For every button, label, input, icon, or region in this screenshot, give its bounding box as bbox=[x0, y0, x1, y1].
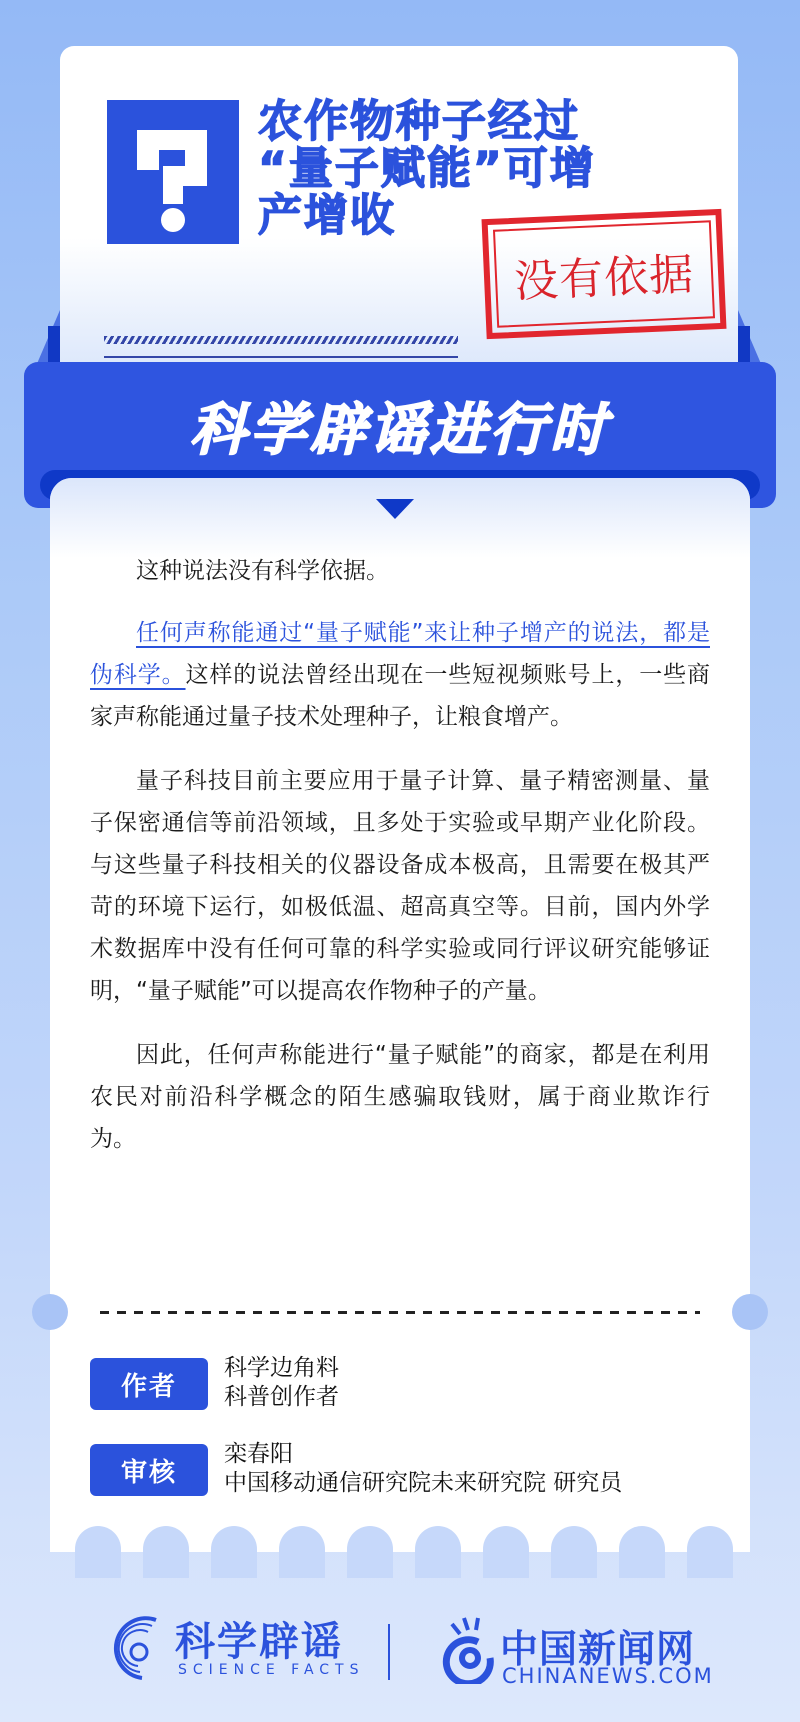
scalloped-edge bbox=[50, 1552, 750, 1578]
stamp-text: 没有依据 bbox=[493, 220, 715, 327]
dashed-divider bbox=[100, 1311, 700, 1314]
author-tag: 作者 bbox=[90, 1358, 208, 1410]
verdict-stamp: 没有依据 bbox=[481, 209, 726, 339]
paragraph-text: 因此，任何声称能进行“量子赋能”的商家，都是在利用农民对前沿科学概念的陌生感骗取… bbox=[90, 1042, 710, 1152]
credit-author: 作者 科学边角料 科普创作者 bbox=[90, 1358, 339, 1412]
ticket-notch bbox=[32, 1294, 68, 1330]
arrow-down-icon bbox=[376, 499, 414, 519]
paragraph: 这种说法没有科学依据。 bbox=[90, 550, 710, 592]
chinanews-at-icon bbox=[434, 1614, 500, 1684]
question-mark-icon bbox=[107, 100, 239, 244]
chinanews-logo-subtext: CHINANEWS.COM bbox=[502, 1664, 714, 1688]
title-line: “量子赋能”可增 bbox=[258, 145, 688, 192]
title-line: 农作物种子经过 bbox=[258, 98, 688, 145]
reviewer-tag: 审核 bbox=[90, 1444, 208, 1496]
science-facts-logo-subtext: SCIENCE FACTS bbox=[178, 1662, 365, 1678]
reviewer-title: 中国移动通信研究院未来研究院 研究员 bbox=[224, 1469, 622, 1498]
reviewer-info: 栾春阳 中国移动通信研究院未来研究院 研究员 bbox=[224, 1440, 622, 1498]
author-info: 科学边角料 科普创作者 bbox=[224, 1354, 339, 1412]
article-body: 这种说法没有科学依据。 任何声称能通过“量子赋能”来让种子增产的说法，都是伪科学… bbox=[90, 550, 710, 1182]
author-name: 科学边角料 bbox=[224, 1354, 339, 1383]
paragraph: 因此，任何声称能进行“量子赋能”的商家，都是在利用农民对前沿科学概念的陌生感骗取… bbox=[90, 1034, 710, 1160]
hatch-divider bbox=[104, 336, 458, 344]
reviewer-name: 栾春阳 bbox=[224, 1440, 622, 1469]
science-facts-logo-icon bbox=[108, 1614, 170, 1684]
science-facts-logo-text: 科学辟谣 bbox=[175, 1610, 343, 1667]
ticket-notch bbox=[732, 1294, 768, 1330]
banner-title: 科学辟谣进行时 bbox=[0, 386, 800, 466]
paragraph-text: 这种说法没有科学依据。 bbox=[136, 558, 389, 584]
divider-line bbox=[104, 356, 458, 358]
paragraph: 量子科技目前主要应用于量子计算、量子精密测量、量子保密通信等前沿领域，且多处于实… bbox=[90, 760, 710, 1012]
logo-separator bbox=[388, 1624, 390, 1680]
paragraph-text: 量子科技目前主要应用于量子计算、量子精密测量、量子保密通信等前沿领域，且多处于实… bbox=[90, 768, 710, 1004]
footer: 科学辟谣 SCIENCE FACTS 中国新闻网 CHINANEWS.COM bbox=[0, 1600, 800, 1710]
credit-reviewer: 审核 栾春阳 中国移动通信研究院未来研究院 研究员 bbox=[90, 1444, 622, 1498]
paragraph: 任何声称能通过“量子赋能”来让种子增产的说法，都是伪科学。这样的说法曾经出现在一… bbox=[90, 612, 710, 738]
author-title: 科普创作者 bbox=[224, 1383, 339, 1412]
